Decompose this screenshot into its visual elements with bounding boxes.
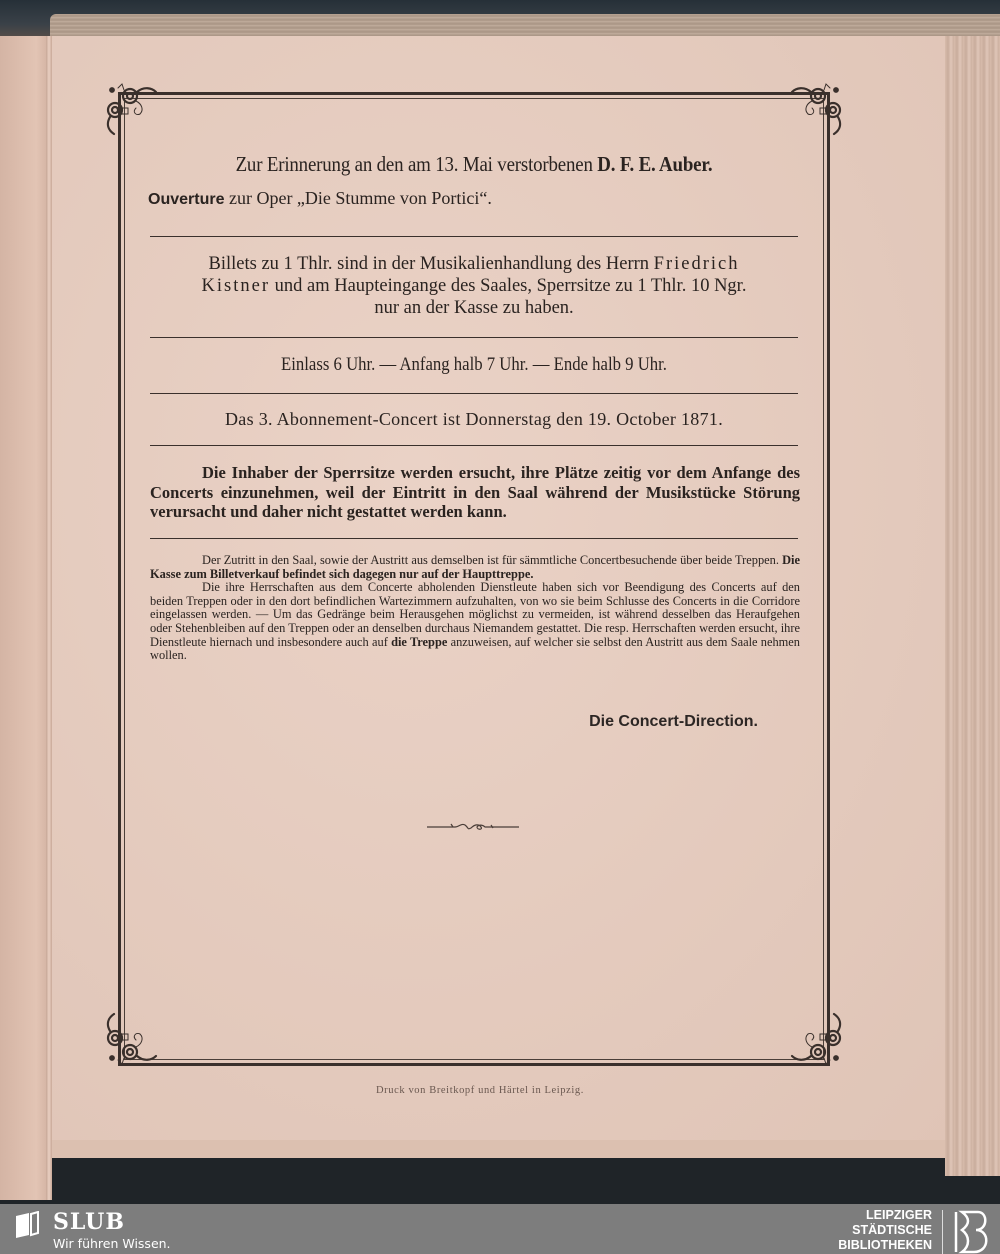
lsb-b-logo-icon[interactable] xyxy=(950,1208,992,1254)
dealer-last-name: Kistner xyxy=(202,276,270,296)
page-stack-right xyxy=(945,36,1000,1176)
signature: Die Concert-Direction. xyxy=(500,713,758,731)
composer-name: D. F. E. Auber. xyxy=(597,152,712,176)
next-concert-date: Das 3. Abonnement-Concert ist Donnerstag… xyxy=(148,409,800,430)
concert-times: Einlass 6 Uhr. — Anfang halb 7 Uhr. — En… xyxy=(187,354,761,376)
divider-rule xyxy=(150,337,798,338)
corner-ornament-icon xyxy=(102,80,158,136)
slub-tagline: Wir führen Wissen. xyxy=(53,1236,171,1251)
seat-holder-notice: Die Inhaber der Sperrsitze werden ersuch… xyxy=(150,463,800,522)
overture-label: Ouverture xyxy=(148,191,224,208)
divider-rule xyxy=(150,445,798,446)
corner-ornament-icon xyxy=(790,80,846,136)
dealer-first-name: Friedrich xyxy=(654,254,740,274)
divider-rule xyxy=(150,538,798,539)
slub-book-icon xyxy=(13,1211,41,1239)
memorial-heading: Zur Erinnerung an den am 13. Mai verstor… xyxy=(181,152,768,177)
lsb-line-1: LEIPZIGER xyxy=(838,1208,932,1223)
scan-background-bottom xyxy=(0,1150,1000,1204)
printer-imprint: Druck von Breitkopf und Härtel in Leipzi… xyxy=(300,1085,660,1096)
slub-logo-text[interactable]: SLUB xyxy=(53,1209,125,1235)
corner-ornament-icon xyxy=(102,1012,158,1068)
overture-title: zur Oper „Die Stumme von Portici“. xyxy=(224,188,491,208)
flourish-ornament-icon xyxy=(425,818,521,834)
access-notice: Der Zutritt in den Saal, sowie der Austr… xyxy=(150,554,800,663)
seat-holder-notice-text: Die Inhaber der Sperrsitze werden ersuch… xyxy=(150,463,800,521)
ticket-info-line1: Billets zu 1 Thlr. sind in der Musikalie… xyxy=(209,254,654,274)
left-page-edge xyxy=(0,36,52,1200)
memorial-prefix: Zur Erinnerung an den am 13. Mai verstor… xyxy=(236,152,598,176)
divider-rule xyxy=(150,393,798,394)
footer-divider xyxy=(942,1210,943,1254)
book-gutter xyxy=(46,36,52,1200)
access-notice-para1-text: Der Zutritt in den Saal, sowie der Austr… xyxy=(202,553,782,567)
access-notice-para2-bold: die Treppe xyxy=(391,635,447,649)
access-notice-para1: Der Zutritt in den Saal, sowie der Austr… xyxy=(150,554,800,581)
footer-bar: SLUB Wir führen Wissen. LEIPZIGER STÄDTI… xyxy=(0,1204,1000,1254)
ticket-info: Billets zu 1 Thlr. sind in der Musikalie… xyxy=(148,253,800,319)
overture-line: Ouverture zur Oper „Die Stumme von Porti… xyxy=(148,188,800,209)
access-notice-para2: Die ihre Herrschaften aus dem Concerte a… xyxy=(150,581,800,663)
lsb-line-2: STÄDTISCHE xyxy=(838,1223,932,1238)
corner-ornament-icon xyxy=(790,1012,846,1068)
page-bottom-edge xyxy=(52,1140,952,1158)
leipzig-libraries-name[interactable]: LEIPZIGER STÄDTISCHE BIBLIOTHEKEN xyxy=(838,1208,932,1253)
lsb-line-3: BIBLIOTHEKEN xyxy=(838,1238,932,1253)
ticket-info-line3: nur an der Kasse zu haben. xyxy=(148,297,800,319)
ticket-info-line2: und am Haupteingange des Saales, Sperrsi… xyxy=(270,276,746,296)
divider-rule xyxy=(150,236,798,237)
